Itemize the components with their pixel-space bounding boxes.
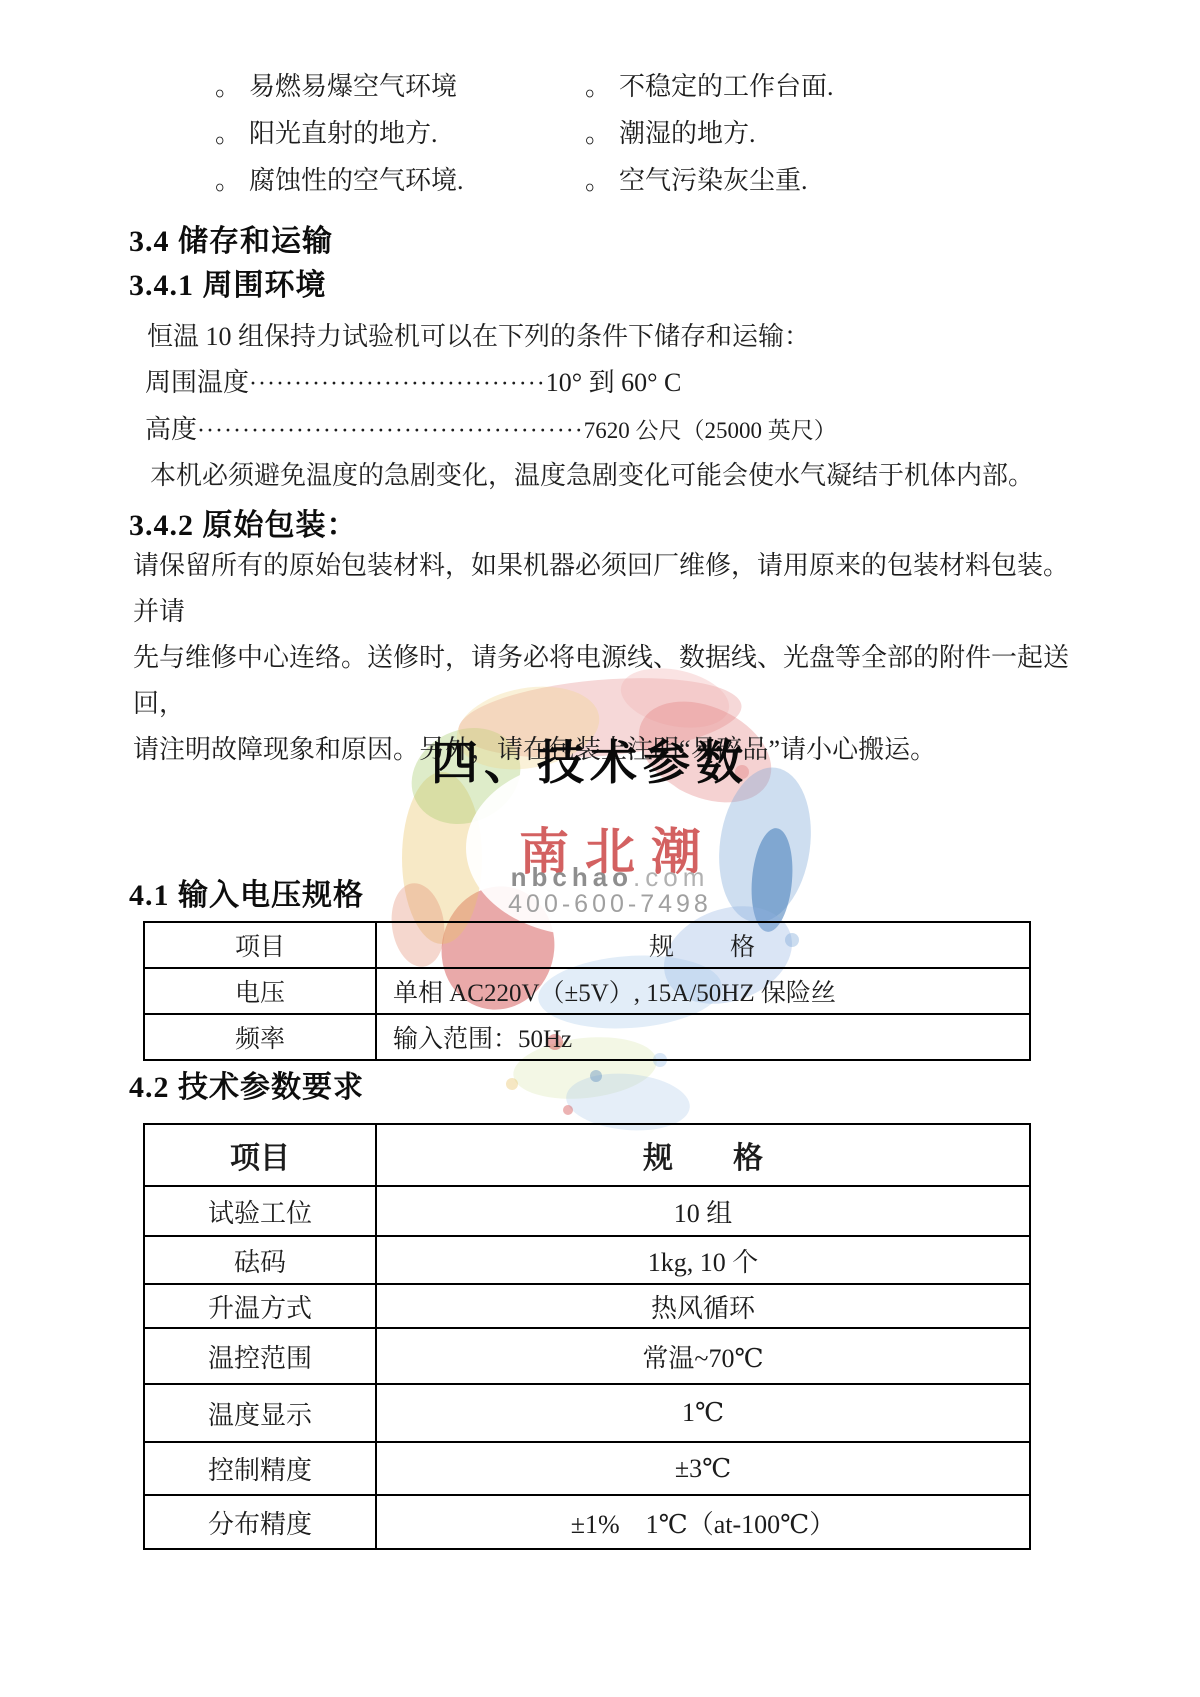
list-item: 。不稳定的工作台面. xyxy=(585,72,834,102)
section-heading-3-4: 3.4 储存和运输 xyxy=(129,216,333,260)
bullet-row: 。腐蚀性的空气环境. 。空气污染灰尘重. xyxy=(215,166,1095,196)
list-item-text: 潮湿的地方. xyxy=(619,119,756,149)
table-cell-spec: 1℃ xyxy=(376,1384,1030,1442)
table-header-row: 项目 规 格 xyxy=(144,1124,1030,1186)
table-header-row: 项目 规 格 xyxy=(144,922,1030,968)
section-heading-4-1: 4.1 输入电压规格 xyxy=(129,870,364,914)
table-cell-item: 电压 xyxy=(144,968,376,1014)
dotted-leader: ································· xyxy=(249,371,546,397)
table-cell-item: 温控范围 xyxy=(144,1328,376,1384)
spec-line-altitude: 高度······································… xyxy=(145,409,837,446)
table-cell-spec: 10 组 xyxy=(376,1186,1030,1236)
table-cell-item: 砝码 xyxy=(144,1236,376,1284)
spec-label: 周围温度 xyxy=(145,368,249,397)
list-item: 。易燃易爆空气环境 xyxy=(215,72,585,102)
table-cell-item: 控制精度 xyxy=(144,1442,376,1495)
section-heading-3-4-1: 3.4.1 周围环境 xyxy=(129,260,327,304)
table-cell-spec: 1kg, 10 个 xyxy=(376,1236,1030,1284)
section-heading-4-2: 4.2 技术参数要求 xyxy=(129,1062,364,1106)
section-heading-3-4-2: 3.4.2 原始包装： xyxy=(129,500,358,544)
bullet-icon: 。 xyxy=(585,72,611,102)
table-row: 电压 单相 AC220V（±5V）, 15A/50HZ 保险丝 xyxy=(144,968,1030,1014)
table-row: 升温方式 热风循环 xyxy=(144,1284,1030,1328)
table-row: 砝码 1kg, 10 个 xyxy=(144,1236,1030,1284)
list-item: 。潮湿的地方. xyxy=(585,119,756,149)
bullet-icon: 。 xyxy=(215,72,241,102)
table-cell-item: 分布精度 xyxy=(144,1495,376,1549)
table-cell-item: 温度显示 xyxy=(144,1384,376,1442)
chapter-title: 四、技术参数 xyxy=(0,726,1180,793)
list-item-text: 阳光直射的地方. xyxy=(249,119,438,149)
column-header-item: 项目 xyxy=(144,922,376,968)
spec-value: 10° 到 60° C xyxy=(546,368,682,397)
table-row: 控制精度 ±3℃ xyxy=(144,1442,1030,1495)
bullet-icon: 。 xyxy=(585,166,611,196)
table-cell-spec: 热风循环 xyxy=(376,1284,1030,1328)
spec-label: 高度 xyxy=(145,415,197,444)
list-item: 。腐蚀性的空气环境. xyxy=(215,166,585,196)
paragraph-line: 先与维修中心连络。送修时，请务必将电源线、数据线、光盘等全部的附件一起送回， xyxy=(133,635,1083,727)
table-row: 频率 输入范围：50Hz xyxy=(144,1014,1030,1060)
list-item: 。空气污染灰尘重. xyxy=(585,166,808,196)
bullet-row: 。易燃易爆空气环境 。不稳定的工作台面. xyxy=(215,72,1095,102)
storage-intro-text: 恒温 10 组保持力试验机可以在下列的条件下储存和运输： xyxy=(147,316,810,353)
table-cell-item: 试验工位 xyxy=(144,1186,376,1236)
table-cell-spec: 单相 AC220V（±5V）, 15A/50HZ 保险丝 xyxy=(376,968,1030,1014)
column-header-item: 项目 xyxy=(144,1124,376,1186)
table-cell-spec: 常温~70℃ xyxy=(376,1328,1030,1384)
bullet-icon: 。 xyxy=(215,119,241,149)
list-item-text: 空气污染灰尘重. xyxy=(619,166,808,196)
table-row: 温控范围 常温~70℃ xyxy=(144,1328,1030,1384)
bullet-icon: 。 xyxy=(585,119,611,149)
table-cell-item: 升温方式 xyxy=(144,1284,376,1328)
paragraph-line: 请保留所有的原始包装材料，如果机器必须回厂维修，请用原来的包装材料包装。并请 xyxy=(133,543,1083,635)
table-cell-spec: ±3℃ xyxy=(376,1442,1030,1495)
list-item-text: 腐蚀性的空气环境. xyxy=(249,166,464,196)
table-cell-spec: ±1% 1℃（at-100℃） xyxy=(376,1495,1030,1549)
document-content: 。易燃易爆空气环境 。不稳定的工作台面. 。阳光直射的地方. 。潮湿的地方. 。… xyxy=(0,0,1200,1697)
table-row: 分布精度 ±1% 1℃（at-100℃） xyxy=(144,1495,1030,1549)
temperature-warning-text: 本机必须避免温度的急剧变化，温度急剧变化可能会使水气凝结于机体内部。 xyxy=(150,455,1034,492)
table-cell-spec: 输入范围：50Hz xyxy=(376,1014,1030,1060)
table-row: 试验工位 10 组 xyxy=(144,1186,1030,1236)
environment-bullet-list: 。易燃易爆空气环境 。不稳定的工作台面. 。阳光直射的地方. 。潮湿的地方. 。… xyxy=(215,72,1095,213)
bullet-icon: 。 xyxy=(215,166,241,196)
input-voltage-table: 项目 规 格 电压 单相 AC220V（±5V）, 15A/50HZ 保险丝 频… xyxy=(143,921,1031,1061)
table-cell-item: 频率 xyxy=(144,1014,376,1060)
document-page: 南北潮 nbchao.com 400-600-7498 。易燃易爆空气环境 。不… xyxy=(0,0,1200,1697)
spec-line-ambient-temperature: 周围温度·································10°… xyxy=(145,362,681,399)
spec-value: 7620 公尺（25000 英尺） xyxy=(584,418,837,443)
list-item-text: 不稳定的工作台面. xyxy=(619,72,834,102)
column-header-spec: 规 格 xyxy=(376,1124,1030,1186)
column-header-spec: 规 格 xyxy=(376,922,1030,968)
dotted-leader: ········································… xyxy=(197,418,584,444)
list-item-text: 易燃易爆空气环境 xyxy=(249,72,457,102)
bullet-row: 。阳光直射的地方. 。潮湿的地方. xyxy=(215,119,1095,149)
table-row: 温度显示 1℃ xyxy=(144,1384,1030,1442)
list-item: 。阳光直射的地方. xyxy=(215,119,585,149)
technical-parameters-table: 项目 规 格 试验工位 10 组 砝码 1kg, 10 个 升温方式 热风循环 … xyxy=(143,1123,1031,1550)
